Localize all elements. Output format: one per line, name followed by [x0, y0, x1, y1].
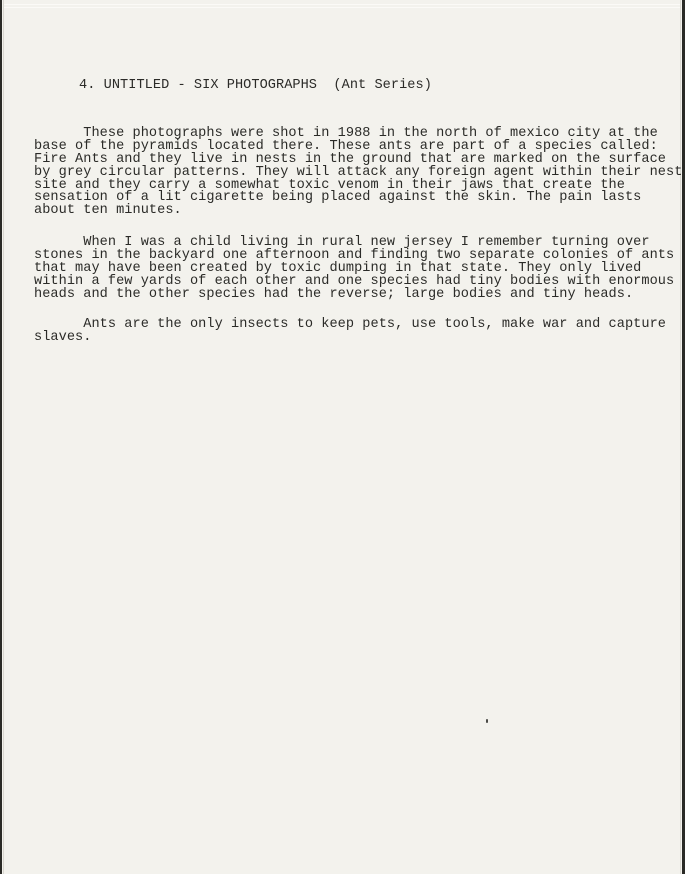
- scan-edge-top-2: [4, 7, 680, 8]
- paragraph-new-jersey: When I was a child living in rural new j…: [34, 237, 674, 301]
- text-line: slaves.: [34, 332, 674, 345]
- text-line: heads and the other species had the reve…: [34, 289, 674, 302]
- scan-border-left: [0, 0, 2, 874]
- document-heading: 4. UNTITLED - SIX PHOTOGRAPHS (Ant Serie…: [79, 79, 432, 93]
- paragraph-fire-ants: These photographs were shot in 1988 in t…: [34, 128, 674, 218]
- paper-speck: [486, 719, 488, 723]
- scan-edge-top: [4, 4, 680, 5]
- text-line: about ten minutes.: [34, 205, 674, 218]
- text-line: Ants are the only insects to keep pets, …: [34, 319, 674, 332]
- scan-border-right-inner: [680, 0, 681, 874]
- scan-border-left-inner: [3, 0, 4, 874]
- paragraph-ants-insects: Ants are the only insects to keep pets, …: [34, 319, 674, 345]
